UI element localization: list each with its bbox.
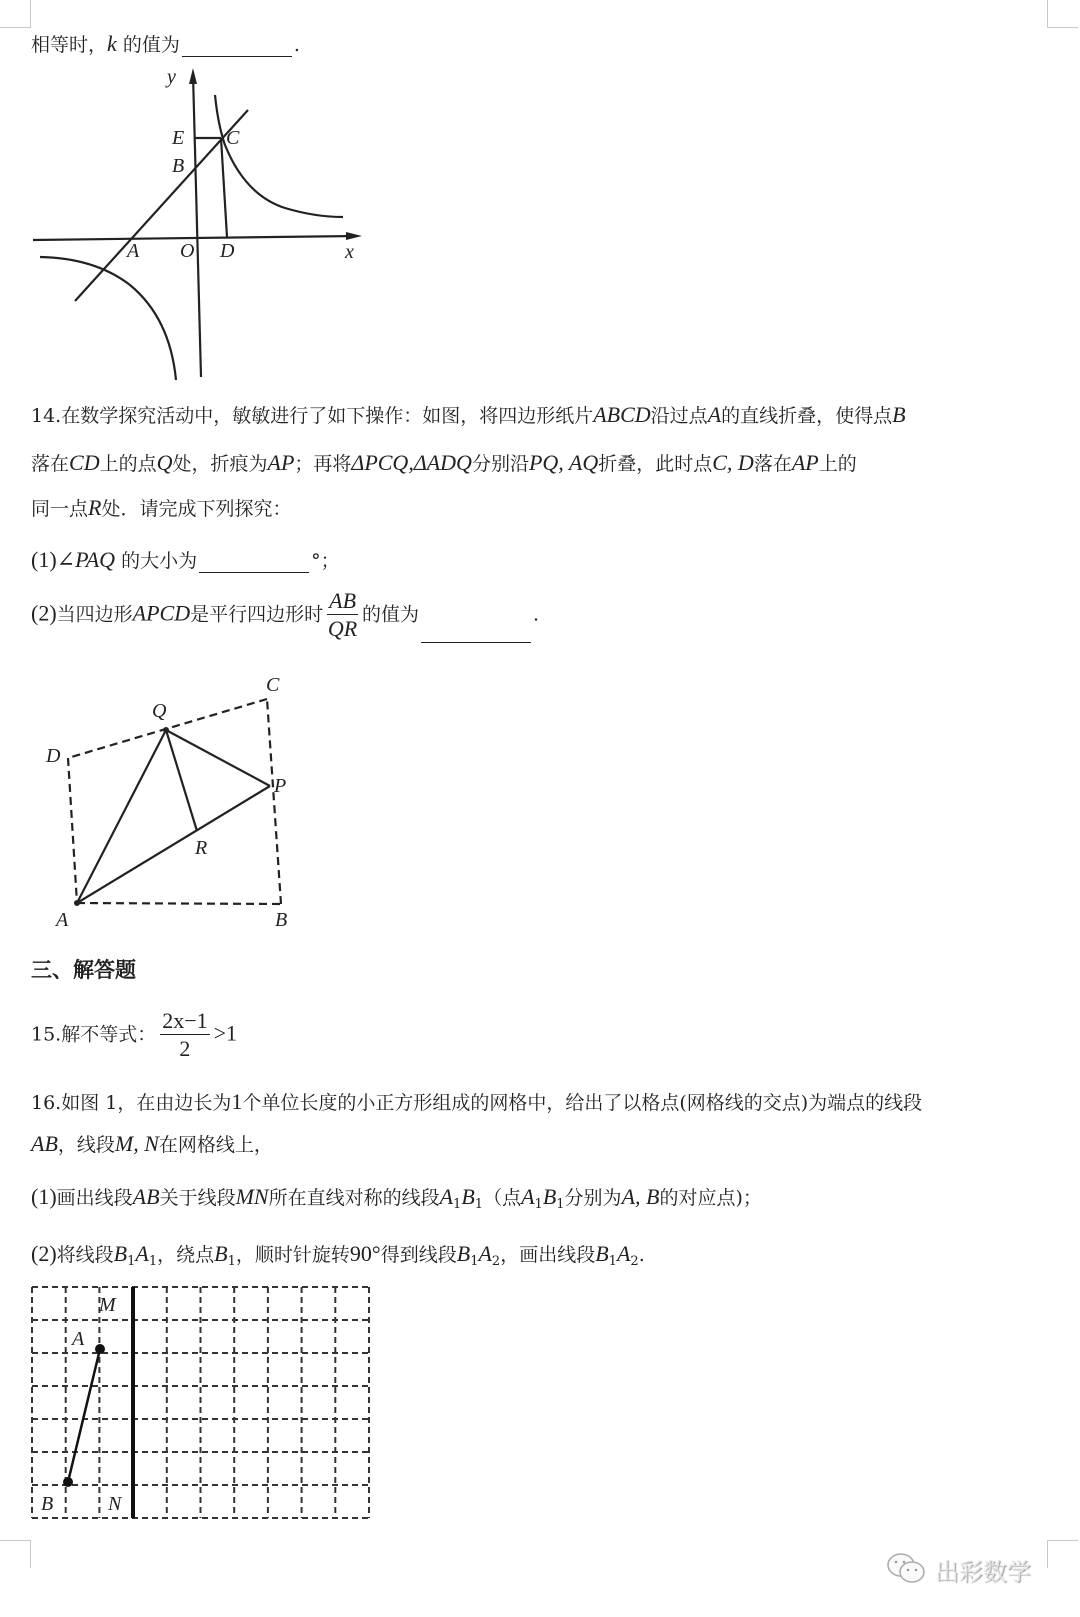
svg-text:A: A bbox=[125, 240, 140, 262]
svg-text:B: B bbox=[41, 1493, 53, 1515]
quadrilateral-ABCD-dashed bbox=[68, 699, 281, 904]
svg-text:y: y bbox=[165, 66, 176, 88]
q16-part1: (1)画出线段AB关于线段MN所在直线对称的线段A1B1（点A1B1分别为A, … bbox=[31, 1185, 762, 1217]
svg-text:E: E bbox=[171, 127, 184, 149]
fold-lines bbox=[77, 730, 270, 903]
svg-text:A: A bbox=[70, 1328, 85, 1350]
fraction-AB-QR: ABQR bbox=[327, 588, 358, 643]
svg-text:D: D bbox=[219, 240, 235, 262]
svg-text:A: A bbox=[54, 909, 69, 931]
svg-text:O: O bbox=[180, 240, 194, 262]
svg-text:D: D bbox=[45, 745, 61, 767]
q14-part2: (2)当四边形APCD是平行四边形时ABQR的值为. bbox=[31, 588, 539, 643]
svg-text:M: M bbox=[98, 1294, 117, 1316]
svg-text:x: x bbox=[344, 241, 354, 263]
svg-text:C: C bbox=[226, 127, 240, 149]
svg-text:C: C bbox=[266, 674, 280, 696]
q14-line2: 落在CD上的点Q处，折痕为AP；再将ΔPCQ,ΔADQ分别沿PQ, AQ折叠，此… bbox=[31, 451, 857, 476]
q14-line1: 14.在数学探究活动中，敏敏进行了如下操作：如图，将四边形纸片ABCD沿过点A的… bbox=[31, 403, 906, 428]
figure1-labels: y E B C A O D x bbox=[125, 66, 354, 263]
segment-AB bbox=[68, 1349, 100, 1482]
y-axis bbox=[193, 74, 201, 377]
svg-text:B: B bbox=[172, 155, 184, 177]
figure3-labels: M A B N bbox=[41, 1294, 123, 1515]
q16-line2: AB，线段M, N在网格线上， bbox=[31, 1132, 273, 1157]
svg-text:B: B bbox=[275, 909, 287, 931]
svg-text:N: N bbox=[107, 1493, 123, 1515]
hyperbola-upper-branch bbox=[215, 95, 343, 217]
section-title: 三、解答题 bbox=[31, 958, 136, 982]
point-B bbox=[63, 1477, 73, 1487]
figure2-fold bbox=[68, 699, 281, 906]
figure3-grid bbox=[32, 1287, 369, 1518]
y-axis-arrow bbox=[189, 68, 197, 84]
q14-part1: (1)∠PAQ 的大小为°； bbox=[31, 548, 340, 573]
q16-part2: (2)将线段B1A1，绕点B1，顺时针旋转90°得到线段B1A2，画出线段B1A… bbox=[31, 1242, 645, 1274]
watermark: 出彩数学 bbox=[885, 1551, 1031, 1587]
x-axis-arrow bbox=[346, 232, 362, 240]
q15: 15.解不等式：2x−12>1 bbox=[31, 1008, 237, 1063]
answer-blank-angle[interactable] bbox=[199, 552, 309, 573]
answer-blank-ratio[interactable] bbox=[421, 622, 531, 643]
svg-text:R: R bbox=[194, 837, 207, 859]
q16-line1: 16.如图 1，在由边长为1个单位长度的小正方形组成的网格中，给出了以格点(网格… bbox=[31, 1090, 922, 1115]
svg-text:P: P bbox=[273, 775, 286, 797]
q14-line3: 同一点R处．请完成下列探究： bbox=[31, 496, 291, 521]
segment-CD bbox=[221, 138, 227, 237]
wechat-icon bbox=[885, 1551, 929, 1587]
x-axis bbox=[33, 236, 356, 240]
figure1-graph bbox=[33, 68, 362, 380]
figure3-segments bbox=[63, 1287, 133, 1518]
svg-text:Q: Q bbox=[152, 700, 167, 722]
point-A bbox=[95, 1344, 105, 1354]
fraction-inequality: 2x−12 bbox=[160, 1008, 209, 1063]
hyperbola-lower-branch bbox=[40, 257, 176, 380]
figures-canvas: y E B C A O D x A B C D Q P R bbox=[0, 0, 1080, 1617]
